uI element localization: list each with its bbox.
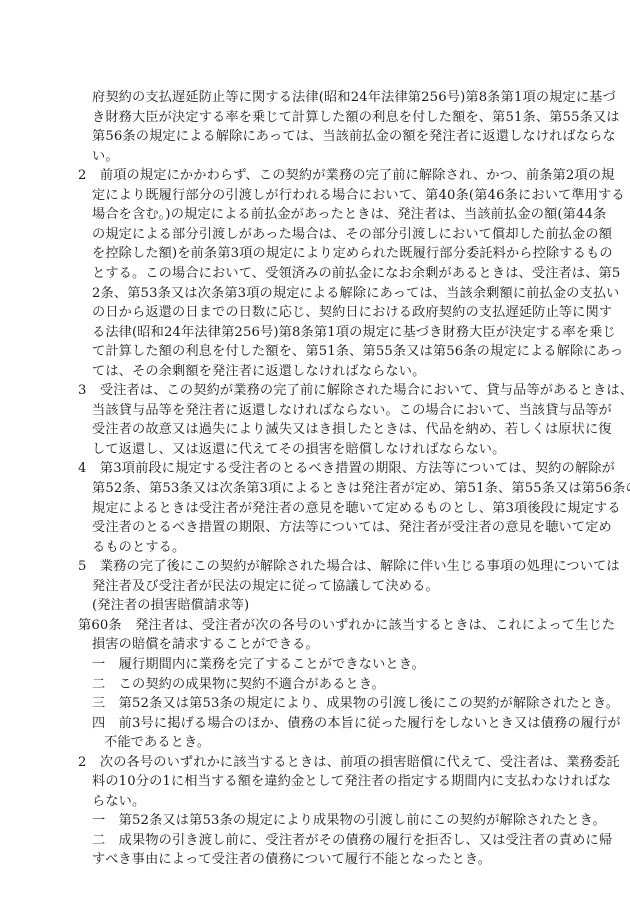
- text-line: の規定による部分引渡しがあった場合は、その部分引渡しにおいて償却した前払金の額: [92, 225, 612, 245]
- text-line: とする。この場合において、受領済みの前払金になお余剰があるときは、受注者は、第5: [92, 264, 620, 284]
- text-line: 損害の賠償を請求することができる。: [92, 635, 319, 655]
- text-line: 受注者のとるべき措置の期限、方法等については、発注者が受注者の意見を聴いて定め: [92, 518, 612, 538]
- text-line: らない。: [92, 792, 145, 812]
- text-line: (発注者の損害賠償請求等): [92, 596, 249, 616]
- text-line: 一 第52条又は第53条の規定により成果物の引渡し前にこの契約が解除されたとき。: [92, 811, 606, 831]
- text-line: 二 この契約の成果物に契約不適合があるとき。: [92, 675, 385, 695]
- text-line: すべき事由によって受注者の債務について履行不能となったとき。: [92, 850, 491, 870]
- text-line: 3 受注者は、この契約が業務の完了前に解除された場合において、貸与品等があるとき…: [78, 381, 630, 401]
- text-line: を控除した額)を前条第3項の規定により定められた既履行部分委託料から控除するもの: [92, 244, 613, 264]
- text-line: るものとする。: [92, 538, 185, 558]
- text-line: 不能であるとき。: [104, 733, 210, 753]
- text-line: て計算した額の利息を付した額を、第51条、第55条又は第56条の規定による解除に…: [92, 342, 623, 362]
- document-page: 府契約の支払遅延防止等に関する法律(昭和24年法律第256号)第8条第1項の規定…: [0, 0, 630, 903]
- text-line: して返還し、又は返還に代えてその損害を賠償しなければならない。: [92, 440, 505, 460]
- text-line: き財務大臣が決定する率を乗じて計算した額の利息を付した額を、第51条、第55条又…: [92, 108, 620, 128]
- text-line: 規定によるときは受注者が発注者の意見を聴いて定めるものとし、第3項後段に規定する: [92, 499, 621, 519]
- text-line: 定により既履行部分の引渡しが行われる場合において、第40条(第46条において準用…: [92, 186, 625, 206]
- text-line: 4 第3項前段に規定する受注者のとるべき措置の期限、方法等については、契約の解除…: [78, 459, 615, 479]
- text-line: の日から返還の日までの日数に応じ、契約日における政府契約の支払遅延防止等に関す: [92, 303, 612, 323]
- text-line: る法律(昭和24年法律第256号)第8条第1項の規定に基づき財務大臣が決定する率…: [92, 323, 616, 343]
- text-line: 場合を含む。)の規定による前払金があったときは、発注者は、当該前払金の額(第44…: [92, 205, 606, 225]
- text-line: 受注者の故意又は過失により滅失又はき損したときは、代品を納め、若しくは原状に復: [92, 420, 612, 440]
- text-line: 第56条の規定による解除にあっては、当該前払金の額を発注者に返還しなければならな: [92, 127, 616, 147]
- text-line: 府契約の支払遅延防止等に関する法律(昭和24年法律第256号)第8条第1項の規定…: [92, 88, 616, 108]
- text-line: ては、その余剰額を発注者に返還しなければならない。: [92, 362, 425, 382]
- text-line: 2 前項の規定にかかわらず、この契約が業務の完了前に解除され、かつ、前条第2項の…: [78, 166, 614, 186]
- text-line: 当該貸与品等を発注者に返還しなければならない。この場合において、当該貸与品等が: [92, 401, 612, 421]
- text-line: 料の10分の1に相当する額を違約金として発注者の指定する期間内に支払わなければな: [92, 772, 611, 792]
- text-line: 発注者及び受注者が民法の規定に従って協議して決める。: [92, 577, 439, 597]
- text-line: 5 業務の完了後にこの契約が解除された場合は、解除に伴い生じる事項の処理について…: [78, 557, 620, 577]
- text-line: い。: [92, 147, 119, 167]
- text-line: 第52条、第53条又は次条第3項によるときは発注者が定め、第51条、第55条又は…: [92, 479, 630, 499]
- text-line: 三 第52条又は第53条の規定により、成果物の引渡し後にこの契約が解除されたとき…: [92, 694, 619, 714]
- text-line: 第60条 発注者は、受注者が次の各号のいずれかに該当するときは、これによって生じ…: [78, 616, 615, 636]
- text-line: 2 次の各号のいずれかに該当するときは、前項の損害賠償に代えて、受注者は、業務委…: [78, 753, 620, 773]
- text-line: 二 成果物の引き渡し前に、受注者がその債務の履行を拒否し、又は受注者の責めに帰: [92, 831, 612, 851]
- text-line: 四 前3号に掲げる場合のほか、債務の本旨に従った履行をしないとき又は債務の履行が: [92, 714, 621, 734]
- text-line: 2条、第53条又は次条第3項の規定による解除にあっては、当該余剰額に前払金の支払…: [92, 284, 620, 304]
- text-line: 一 履行期間内に業務を完了することができないとき。: [92, 655, 425, 675]
